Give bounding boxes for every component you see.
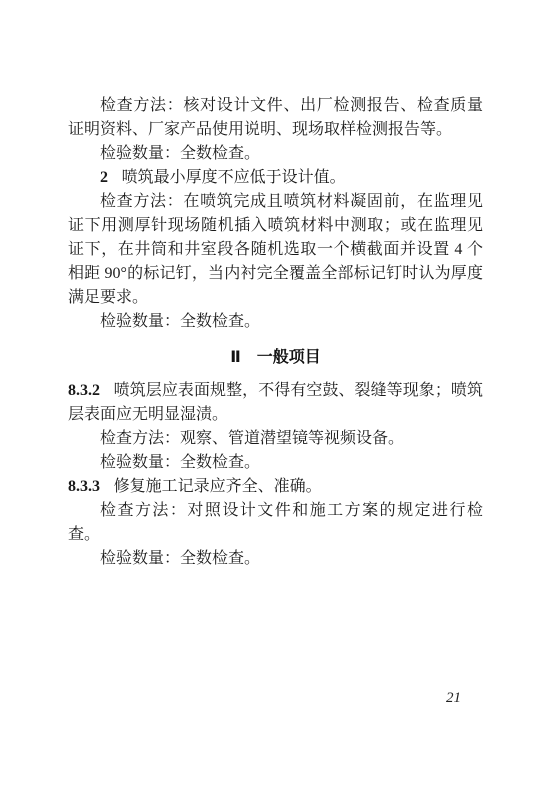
para-check-count: 检验数量：全数检查。 xyxy=(68,547,483,571)
para-numbered-item: 2喷筑最小厚度不应低于设计值。 xyxy=(68,166,483,190)
clause-text: 修复施工记录应齐全、准确。 xyxy=(114,478,322,495)
para-check-count: 检验数量：全数检查。 xyxy=(68,451,483,475)
document-page: 检查方法：核对设计文件、出厂检测报告、检查质量证明资料、厂家产品使用说明、现场取… xyxy=(0,0,551,790)
page-number: 21 xyxy=(446,689,461,707)
item-text: 喷筑最小厚度不应低于设计值。 xyxy=(122,169,346,186)
clause-text: 喷筑层应表面规整，不得有空鼓、裂缝等现象；喷筑层表面应无明显湿渍。 xyxy=(68,382,483,423)
clause-8-3-2: 8.3.2喷筑层应表面规整，不得有空鼓、裂缝等现象；喷筑层表面应无明显湿渍。 xyxy=(68,379,483,427)
para-check-method: 检查方法：在喷筑完成且喷筑材料凝固前，在监理见证下用测厚针现场随机插入喷筑材料中… xyxy=(68,190,483,310)
item-number: 2 xyxy=(100,169,108,186)
document-body: 检查方法：核对设计文件、出厂检测报告、检查质量证明资料、厂家产品使用说明、现场取… xyxy=(68,94,483,571)
para-check-method: 检查方法：核对设计文件、出厂检测报告、检查质量证明资料、厂家产品使用说明、现场取… xyxy=(68,94,483,142)
clause-8-3-3: 8.3.3修复施工记录应齐全、准确。 xyxy=(68,475,483,499)
section-title: 一般项目 xyxy=(257,349,321,366)
para-check-count: 检验数量：全数检查。 xyxy=(68,310,483,334)
clause-number: 8.3.2 xyxy=(68,382,100,399)
section-numeral: Ⅱ xyxy=(230,349,241,366)
para-check-method: 检查方法：对照设计文件和施工方案的规定进行检查。 xyxy=(68,499,483,547)
para-check-method: 检查方法：观察、管道潜望镜等视频设备。 xyxy=(68,427,483,451)
clause-number: 8.3.3 xyxy=(68,478,100,495)
para-check-count: 检验数量：全数检查。 xyxy=(68,142,483,166)
section-heading: Ⅱ一般项目 xyxy=(68,346,483,370)
